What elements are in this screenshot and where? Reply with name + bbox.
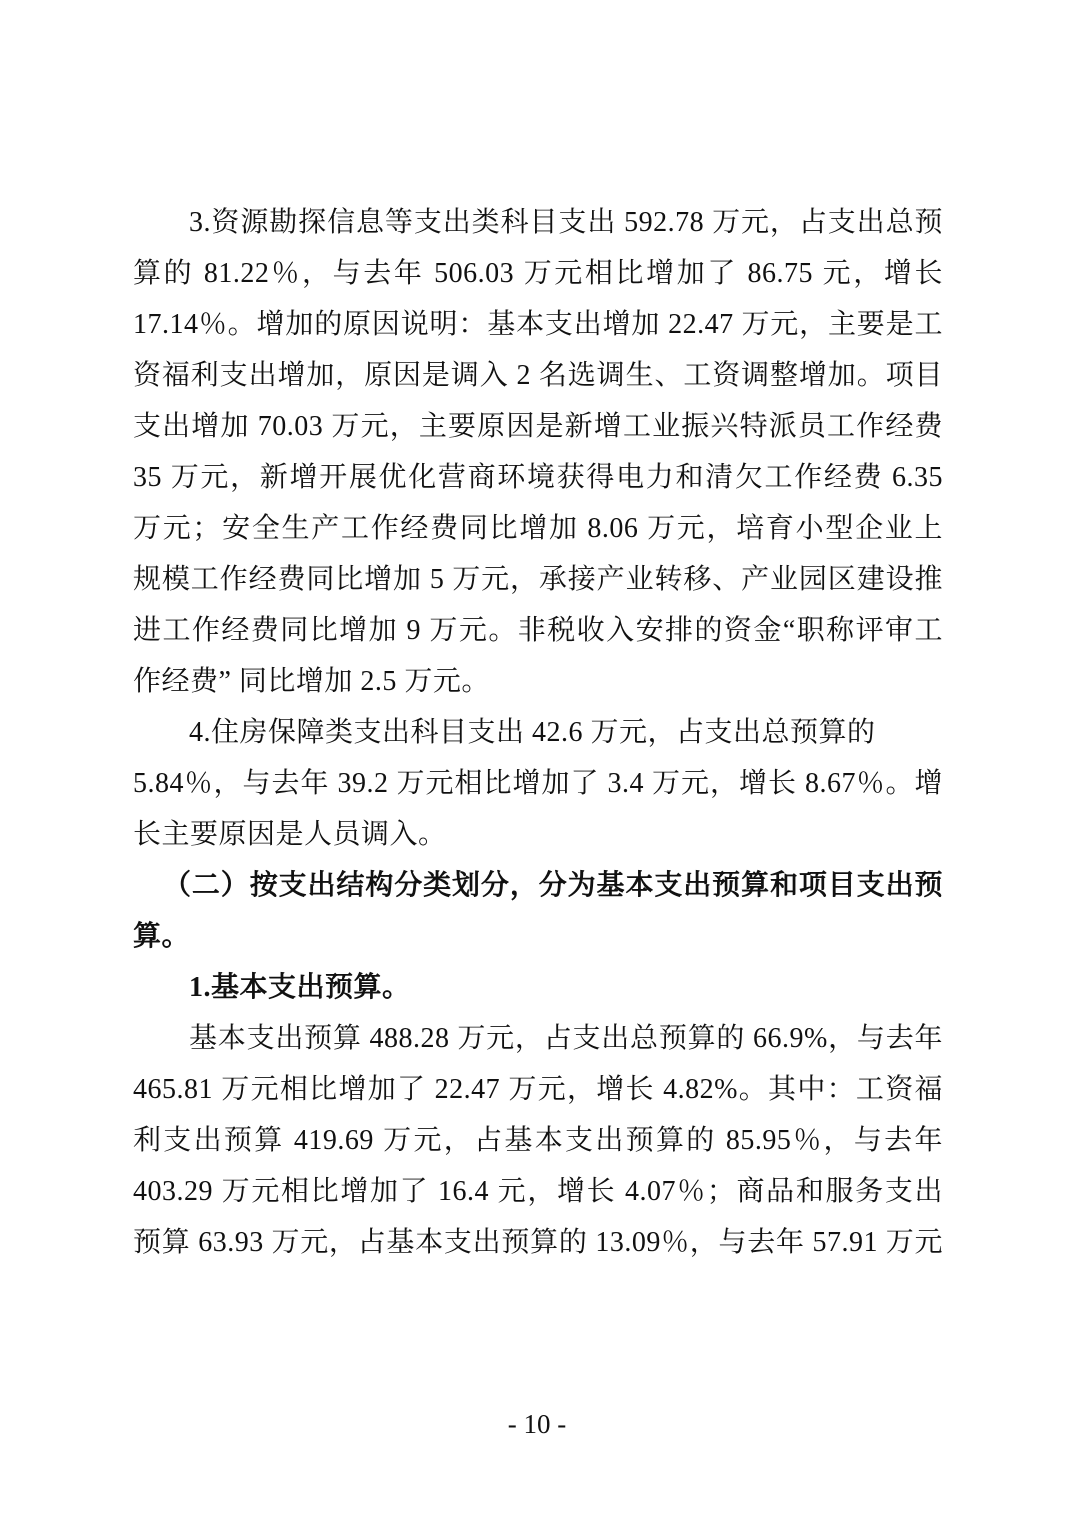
text-line: 5.84％，与去年 39.2 万元相比增加了 3.4 万元，增长 8.67％。增 [133, 758, 943, 809]
text-line: 进工作经费同比增加 9 万元。非税收入安排的资金“职称评审工 [133, 605, 943, 656]
text-line: 算的 81.22％，与去年 506.03 万元相比增加了 86.75 元，增长 [133, 248, 943, 299]
text-line: 长主要原因是人员调入。 [133, 809, 943, 860]
document-body: 3.资源勘探信息等支出类科目支出 592.78 万元，占支出总预 算的 81.2… [133, 197, 943, 1268]
text-line: 资福利支出增加，原因是调入 2 名选调生、工资调整增加。项目 [133, 350, 943, 401]
text-line: 作经费” 同比增加 2.5 万元。 [133, 656, 943, 707]
text-line: 利支出预算 419.69 万元，占基本支出预算的 85.95％，与去年 [133, 1115, 943, 1166]
text-line: 万元；安全生产工作经费同比增加 8.06 万元，培育小型企业上 [133, 503, 943, 554]
text-line: 35 万元，新增开展优化营商环境获得电力和清欠工作经费 6.35 [133, 452, 943, 503]
page-number: - 10 - [0, 1402, 1074, 1446]
text-line: 403.29 万元相比增加了 16.4 元，增长 4.07％；商品和服务支出 [133, 1166, 943, 1217]
text-line: 支出增加 70.03 万元，主要原因是新增工业振兴特派员工作经费 [133, 401, 943, 452]
text-line: 3.资源勘探信息等支出类科目支出 592.78 万元，占支出总预 [133, 197, 943, 248]
subsection-heading-line: 1.基本支出预算。 [133, 962, 943, 1013]
text-line: 17.14％。增加的原因说明：基本支出增加 22.47 万元，主要是工 [133, 299, 943, 350]
section-heading-line: （二）按支出结构分类划分，分为基本支出预算和项目支出预 [133, 860, 943, 911]
document-page: 3.资源勘探信息等支出类科目支出 592.78 万元，占支出总预 算的 81.2… [0, 0, 1074, 1520]
text-line: 4.住房保障类支出科目支出 42.6 万元，占支出总预算的 [133, 707, 943, 758]
text-line: 基本支出预算 488.28 万元，占支出总预算的 66.9%，与去年 [133, 1013, 943, 1064]
text-line: 预算 63.93 万元，占基本支出预算的 13.09％，与去年 57.91 万元 [133, 1217, 943, 1268]
section-heading-line: 算。 [133, 911, 943, 962]
text-line: 规模工作经费同比增加 5 万元，承接产业转移、产业园区建设推 [133, 554, 943, 605]
text-line: 465.81 万元相比增加了 22.47 万元，增长 4.82%。其中：工资福 [133, 1064, 943, 1115]
